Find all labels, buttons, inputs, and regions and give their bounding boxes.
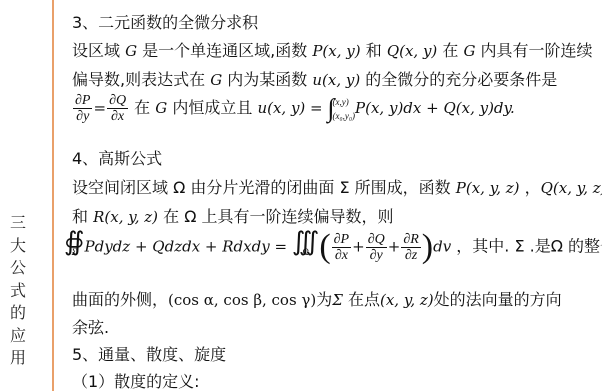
math: P(x, y) [312,42,360,60]
section3-line2: 偏导数,则表达式在 G 内为某函数 u(x, y) 的全微分的充分必要条件是 [72,67,557,90]
integral-limits: (x,y)(x₀,y₀) [333,95,356,123]
math: u(x, y) [312,71,360,89]
subscript: Ω [302,247,309,257]
section4-line2: 和 R(x, y, z) 在 Ω 上具有一阶连续偏导数，则 [72,204,394,227]
denominator: ∂y [76,109,89,124]
math: P(x, y)dx + Q(x, y)dy. [355,99,515,117]
fraction: ∂R∂z [401,232,420,263]
surface-integral: ∯Σ [64,237,85,257]
section4-heading: 4、高斯公式 [72,146,162,169]
paren-close: ) [422,228,433,265]
paren-open: ( [319,228,330,265]
math: dv [433,238,451,256]
fraction: ∂P∂y [73,93,92,124]
denominator: ∂x [111,109,124,124]
integral-sign: ∯ [64,237,85,247]
section5-sub1: （1）散度的定义: [72,369,200,391]
math: G [463,42,475,60]
text: 在点 [343,290,380,309]
section3-heading: 3、二元函数的全微分求积 [72,10,258,33]
math: Σ [332,291,343,309]
section4-line4: 曲面的外侧，(cos α, cos β, cos γ)为Σ 在点(x, y, z… [72,287,562,310]
side-title-char: 的 [6,302,30,325]
math: G [210,71,222,89]
text: ，其中. Σ .是Ω 的整个边界 [451,237,602,256]
math: u(x, y) = [257,99,327,117]
section4-line5: 余弦. [72,315,109,338]
text: 在 Ω 上具有一阶连续偏导数，则 [158,207,394,226]
text: ， [520,178,541,197]
vertical-divider [52,0,54,391]
numerator: ∂R [401,232,420,248]
math: P(x, y, z) [456,179,520,197]
text: 为 [316,290,332,309]
side-title-vertical: 三 大 公 式 的 应 用 [6,212,30,370]
upper-limit: (x,y) [333,95,356,109]
math: G [125,42,137,60]
side-title-char: 公 [6,257,30,280]
fraction: ∂P∂x [332,232,351,263]
lower-limit: (x₀,y₀) [333,109,356,123]
side-title-char: 用 [6,347,30,370]
denominator: ∂y [370,248,383,263]
equals: = [93,99,106,117]
section5-heading: 5、通量、散度、旋度 [72,342,226,365]
text: 内具有一阶连续 [475,41,592,60]
text: 内恒成立且 [167,98,257,117]
side-title-char: 大 [6,235,30,258]
side-title-char: 三 [6,212,30,235]
math: (x, y, z) [380,291,434,309]
math: (cos α, cos β, cos γ) [168,291,316,309]
section4-line1: 设空间闭区域 Ω 由分片光滑的闭曲面 Σ 所围成，函数 P(x, y, z) ，… [72,175,602,198]
numerator: ∂P [73,93,92,109]
subscript: Σ [72,247,77,257]
text: 曲面的外侧， [72,290,168,309]
text: 内为某函数 [222,70,312,89]
math: G [155,99,167,117]
text: 设区域 [72,41,125,60]
text: 的全微分的充分必要条件是 [360,70,557,89]
numerator: ∂Q [366,232,387,248]
fraction: ∂Q∂y [366,232,387,263]
text: 和 [72,207,93,226]
numerator: ∂Q [107,93,128,109]
side-title-char: 式 [6,280,30,303]
text: 和 [361,41,387,60]
math: R(x, y, z) [93,208,158,226]
math: Q(x, y) [387,42,437,60]
denominator: ∂z [405,248,417,263]
math: Pdydz + Qdzdx + Rdxdy = [85,238,292,256]
text: 在 [437,41,463,60]
gauss-formula: ∯ΣPdydz + Qdzdx + Rdxdy = ∭Ω(∂P∂x+∂Q∂y+∂… [64,228,602,266]
text: 偏导数,则表达式在 [72,70,210,89]
section3-line1: 设区域 G 是一个单连通区域,函数 P(x, y) 和 Q(x, y) 在 G … [72,38,593,61]
text: 是一个单连通区域,函数 [137,41,312,60]
plus: + [388,238,401,256]
fraction: ∂Q∂x [107,93,128,124]
text: 设空间闭区域 Ω 由分片光滑的闭曲面 Σ 所围成，函数 [72,178,456,197]
side-title-char: 应 [6,325,30,348]
text: 处的法向量的方向 [434,290,562,309]
plus: + [352,238,365,256]
math: Q(x, y, z) [541,179,602,197]
denominator: ∂x [335,248,348,263]
integral-sign: ∭ [292,237,320,247]
section3-equation: ∂P∂y=∂Q∂x 在 G 内恒成立且 u(x, y) = ∫(x,y)(x₀,… [72,93,515,124]
numerator: ∂P [332,232,351,248]
volume-integral: ∭Ω [292,237,320,257]
text: 在 [129,98,155,117]
